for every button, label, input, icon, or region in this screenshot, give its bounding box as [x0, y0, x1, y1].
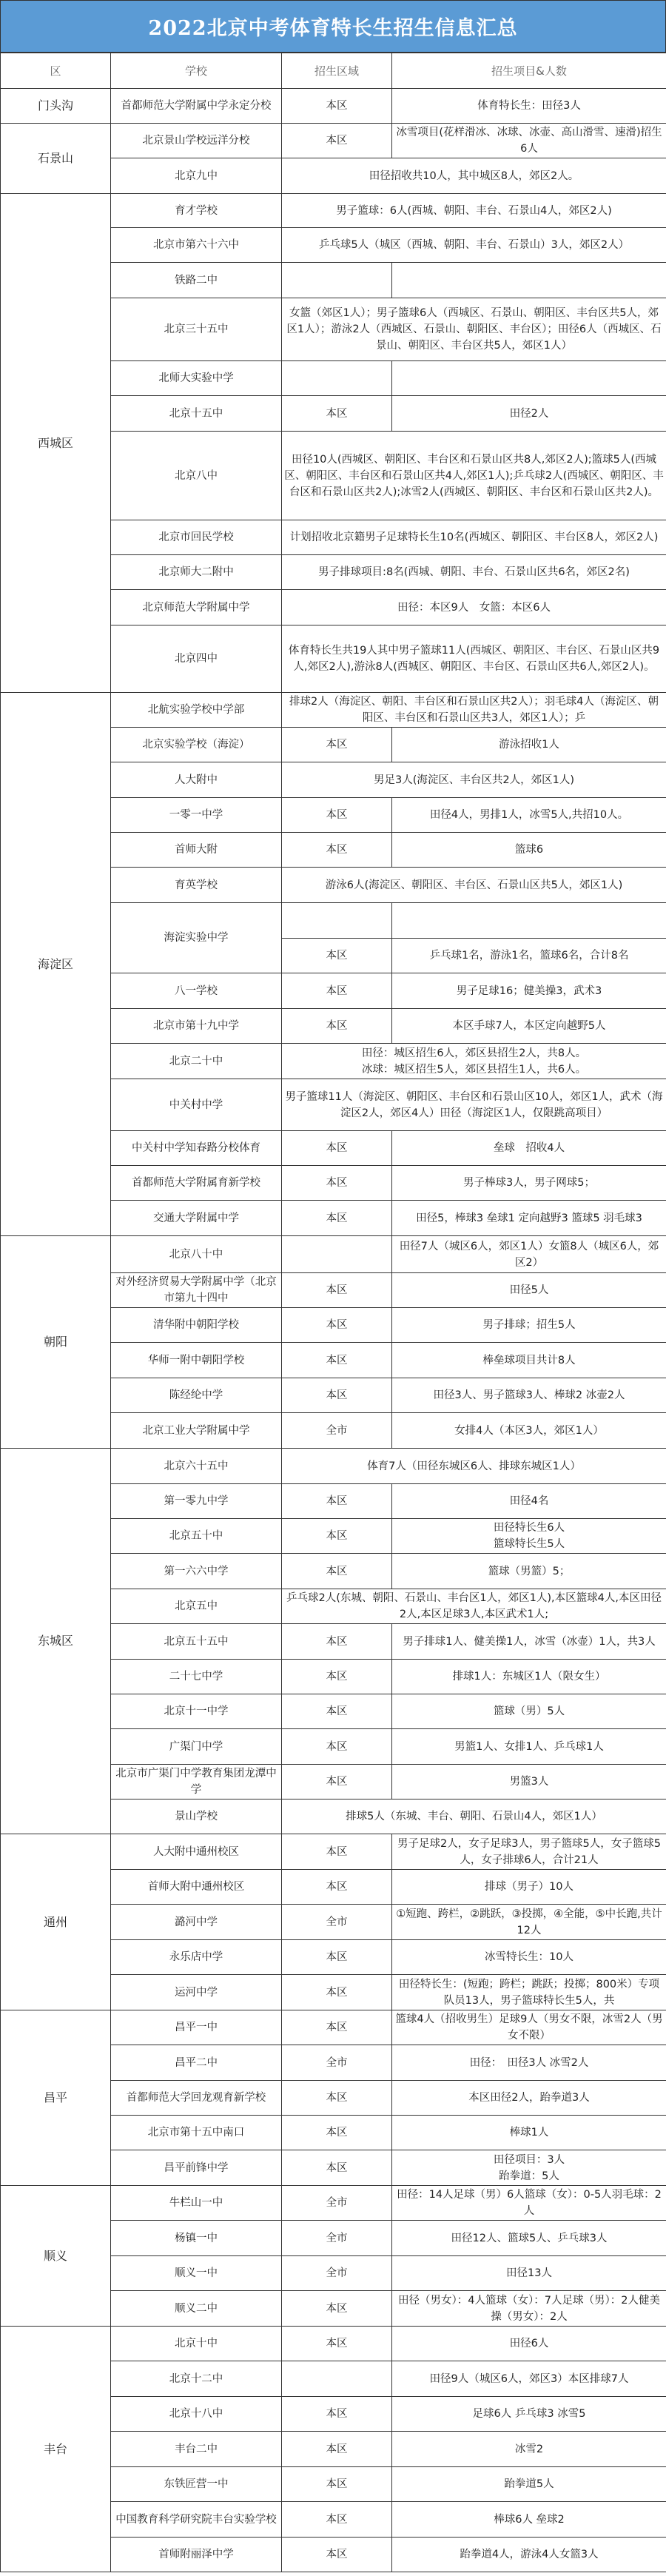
area-cell: 本区 — [282, 2467, 392, 2502]
school-cell: 中关村中学知春路分校体育 — [111, 1131, 282, 1166]
items-text: 男子足球2人，女子足球3人，男子篮球5人，女子篮球5人，女子排球6人，合计21人 — [394, 1836, 664, 1868]
district-cell: 门头沟 — [1, 89, 111, 124]
items-cell — [392, 361, 666, 396]
header-area: 招生区域 — [282, 53, 392, 89]
items-cell: 棒球6人 垒球2 — [392, 2502, 666, 2538]
area-cell: 本区 — [282, 2502, 392, 2538]
items-cell: 篮球（男篮）5； — [392, 1554, 666, 1589]
items-text: 垒球 招收4人 — [394, 1140, 664, 1156]
school-cell: 对外经济贸易大学附属中学（北京市第九十四中 — [111, 1273, 282, 1308]
area-cell: 本区 — [282, 798, 392, 833]
school-cell: 北京十二中 — [111, 2361, 282, 2397]
items-text: 体育特长生：田径3人 — [394, 98, 664, 114]
items-cell: 篮球（男）5人 — [392, 1694, 666, 1729]
school-cell: 陈经纶中学 — [111, 1378, 282, 1413]
items-text: 田径9人（城区6人，郊区3）本区排球7人 — [394, 2371, 664, 2387]
items-text: 跆拳道5人 — [394, 2476, 664, 2492]
items-cell: 乒乓球1名，游泳1名，篮球6名，合计8名 — [392, 938, 666, 973]
school-cell: 北京四中 — [111, 625, 282, 693]
school-cell: 中国教育科学研究院丰台实验学校 — [111, 2502, 282, 2538]
district-cell: 西城区 — [1, 194, 111, 693]
items-text: 田径5，棒球3 垒球1 定向越野3 篮球5 羽毛球3 — [394, 1210, 664, 1227]
items-text: 男子排球1人、健美操1人，冰雪（冰壶）1人，共3人 — [394, 1634, 664, 1650]
area-cell: 本区 — [282, 1694, 392, 1729]
area-cell — [282, 2361, 392, 2397]
area-cell: 本区 — [282, 2397, 392, 2432]
area-cell: 本区 — [282, 2538, 392, 2572]
school-cell: 北京实验学校（海淀） — [111, 728, 282, 762]
items-text: 男篮3人 — [394, 1774, 664, 1790]
area-cell: 本区 — [282, 1940, 392, 1975]
items-text: 计划招收北京籍男子足球特长生10名(西城区、朝阳区、丰台区8人，郊区2人) — [284, 529, 664, 546]
school-cell: 北京六十五中 — [111, 1449, 282, 1484]
items-text: 篮球（男篮）5； — [394, 1563, 664, 1580]
items-cell: 计划招收北京籍男子足球特长生10名(西城区、朝阳区、丰台区8人，郊区2人) — [282, 520, 666, 555]
items-cell — [392, 903, 666, 939]
items-cell: 男子排球1人、健美操1人，冰雪（冰壶）1人，共3人 — [392, 1624, 666, 1660]
area-cell: 本区 — [282, 124, 392, 158]
school-cell: 二十七中学 — [111, 1660, 282, 1694]
items-cell: 跆拳道5人 — [392, 2467, 666, 2502]
school-cell: 北京市第六十六中 — [111, 228, 282, 263]
school-cell: 运河中学 — [111, 1975, 282, 2010]
items-text: 田径2人 — [394, 406, 664, 422]
school-cell: 昌平二中 — [111, 2045, 282, 2081]
district-cell: 朝阳 — [1, 1236, 111, 1449]
area-cell: 本区 — [282, 1273, 392, 1308]
school-cell: 北京师范大学附属中学 — [111, 590, 282, 625]
school-cell: 北京八十中 — [111, 1236, 282, 1273]
items-cell: 男足3人(海淀区、丰台区共2人，郊区1人) — [282, 762, 666, 798]
items-text: 田径12人、篮球5人、乒乓球3人 — [394, 2230, 664, 2247]
items-cell: 棒垒球项目共计8人 — [392, 1343, 666, 1378]
items-cell: 田径：本区9人 女篮：本区6人 — [282, 590, 666, 625]
items-text: 冰雪特长生：10人 — [394, 1949, 664, 1965]
items-cell: 排球1人：东城区1人（限女生） — [392, 1660, 666, 1694]
items-text: 田径：14人足球（男）6人篮球（女）：0-5人羽毛球：2人 — [394, 2187, 664, 2219]
school-cell: 第一六六中学 — [111, 1554, 282, 1589]
items-text: 田径13人 — [394, 2265, 664, 2281]
school-cell: 北京九中 — [111, 158, 282, 194]
school-cell: 人大附中 — [111, 762, 282, 798]
items-text: 游泳招收1人 — [394, 737, 664, 753]
items-text: 排球5人（东城、丰台、朝阳、石景山4人，郊区1人） — [284, 1808, 664, 1825]
table-row: 顺义牛栏山一中全市田径：14人足球（男）6人篮球（女）：0-5人羽毛球：2人 — [1, 2186, 666, 2221]
school-cell: 育才学校 — [111, 194, 282, 228]
items-text: 田径5人 — [394, 1282, 664, 1298]
school-cell: 北京三十五中 — [111, 298, 282, 361]
items-cell: 田径13人 — [392, 2256, 666, 2291]
school-cell: 首师大附中通州校区 — [111, 1870, 282, 1905]
school-cell: 潞河中学 — [111, 1905, 282, 1940]
items-cell: 田径： 田径3人 冰雪2人 — [392, 2045, 666, 2081]
school-cell: 北京十一中学 — [111, 1694, 282, 1729]
table-row: 丰台北京十中本区田径6人 — [1, 2327, 666, 2361]
area-cell: 本区 — [282, 2010, 392, 2045]
school-cell: 北京市广渠门中学教育集团龙潭中学 — [111, 1765, 282, 1799]
area-cell: 本区 — [282, 89, 392, 124]
items-cell: 冰雪项目(花样滑冰、冰球、冰壶、高山滑雪、速滑)招生6人 — [392, 124, 666, 158]
items-cell: 篮球4人（招收男生）足球9人（男女不限，冰雪2人（男女不限） — [392, 2010, 666, 2045]
items-text: 男足3人(海淀区、丰台区共2人，郊区1人) — [284, 772, 664, 788]
district-cell: 顺义 — [1, 2186, 111, 2327]
table-row: 海淀区北航实验学校中学部排球2人（海淀区、朝阳、丰台区和石景山区共2人）；羽毛球… — [1, 693, 666, 728]
items-cell: 田径4人，男排1人，冰雪5人,共招10人。 — [392, 798, 666, 833]
school-cell: 中关村中学 — [111, 1079, 282, 1131]
area-cell: 本区 — [282, 1343, 392, 1378]
area-cell: 本区 — [282, 1308, 392, 1343]
items-text: 乒乓球1名，游泳1名，篮球6名，合计8名 — [394, 947, 664, 964]
items-cell: 冰雪特长生：10人 — [392, 1940, 666, 1975]
school-cell: 首师大附 — [111, 833, 282, 868]
items-text: 篮球4人（招收男生）足球9人（男女不限，冰雪2人（男女不限） — [394, 2011, 664, 2044]
school-cell: 顺义一中 — [111, 2256, 282, 2291]
items-text-line2: 篮球特长生5人 — [394, 1536, 664, 1552]
table-header-row: 区 学校 招生区域 招生项目&人数 — [1, 53, 666, 89]
items-text: 田径7人（城区6人，郊区1人）女篮8人（城区6人，郊区2） — [394, 1238, 664, 1271]
items-cell: 排球5人（东城、丰台、朝阳、石景山4人，郊区1人） — [282, 1799, 666, 1834]
table-row: 东城区北京六十五中体育7人（田径东城区6人、排球东城区1人） — [1, 1449, 666, 1484]
area-cell — [282, 361, 392, 396]
school-cell: 华师一附中朝阳学校 — [111, 1343, 282, 1378]
area-cell: 本区 — [282, 1166, 392, 1201]
items-cell: 体育7人（田径东城区6人、排球东城区1人） — [282, 1449, 666, 1484]
school-cell: 永乐店中学 — [111, 1940, 282, 1975]
area-cell: 本区 — [282, 396, 392, 432]
area-cell: 全市 — [282, 1905, 392, 1940]
items-cell: 篮球6 — [392, 833, 666, 868]
items-text: 冰雪项目(花样滑冰、冰球、冰壶、高山滑雪、速滑)招生6人 — [394, 124, 664, 157]
items-text: 排球1人：东城区1人（限女生） — [394, 1668, 664, 1685]
items-cell: 田径5人 — [392, 1273, 666, 1308]
school-cell: 北京十八中 — [111, 2397, 282, 2432]
items-text: 乒乓球5人（城区（西城、朝阳、丰台、石景山）3人，郊区2人） — [284, 237, 664, 253]
items-text: 游泳6人(海淀区、朝阳区、丰台区、石景山区共5人，郊区1人) — [284, 877, 664, 893]
school-cell: 首都师范大学附属中学永定分校 — [111, 89, 282, 124]
area-cell: 本区 — [282, 2432, 392, 2467]
district-cell: 昌平 — [1, 2010, 111, 2186]
school-cell: 第一零九中学 — [111, 1484, 282, 1519]
items-text: 棒球6人 垒球2 — [394, 2512, 664, 2528]
items-cell: 田径2人 — [392, 396, 666, 432]
school-cell: 昌平前锋中学 — [111, 2150, 282, 2186]
items-text: 男子排球；招生5人 — [394, 1317, 664, 1333]
school-cell: 昌平一中 — [111, 2010, 282, 2045]
items-text: 乒乓球2人(东城、朝阳、石景山、丰台区1人，郊区1人),本区篮球4人,本区田径2… — [284, 1590, 664, 1623]
items-text: 篮球（男）5人 — [394, 1703, 664, 1720]
items-text: 田径4人，男排1人，冰雪5人,共招10人。 — [394, 807, 664, 823]
items-cell: 田径特长生：(短跑；跨栏；跳跃；投掷；800米）专项队员13人，男子篮球特长生5… — [392, 1975, 666, 2010]
items-cell: 男子排球项目:8名(西城、朝阳、丰台、石景山区共6名，郊区2名) — [282, 555, 666, 590]
items-cell: 田径12人、篮球5人、乒乓球3人 — [392, 2221, 666, 2256]
school-cell: 海淀实验中学 — [111, 903, 282, 973]
items-cell: 本区手球7人，本区定向越野5人 — [392, 1009, 666, 1044]
school-cell: 首都师范大学附属育新学校 — [111, 1166, 282, 1201]
table-row: 朝阳北京八十中田径7人（城区6人，郊区1人）女篮8人（城区6人，郊区2） — [1, 1236, 666, 1273]
items-cell: 男子足球16；健美操3，武术3 — [392, 973, 666, 1009]
items-text: 男子排球项目:8名(西城、朝阳、丰台、石景山区共6名，郊区2名) — [284, 564, 664, 580]
items-cell: 乒乓球2人(东城、朝阳、石景山、丰台区1人，郊区1人),本区篮球4人,本区田径2… — [282, 1589, 666, 1624]
area-cell: 全市 — [282, 1413, 392, 1449]
area-cell: 本区 — [282, 1975, 392, 2010]
items-text: 冰雪2 — [394, 2441, 664, 2458]
items-cell: 男篮1人、女排1人、乒乓球1人 — [392, 1729, 666, 1765]
items-cell: 田径6人 — [392, 2327, 666, 2361]
items-cell: 田径10人(西城区、朝阳区、丰台区和石景山区共8人,郊区2人);篮球5人(西城区… — [282, 432, 666, 520]
items-cell: 冰雪2 — [392, 2432, 666, 2467]
items-text: 田径项目：3人 — [394, 2152, 664, 2168]
school-cell: 北京五十中 — [111, 1519, 282, 1554]
items-cell: 田径：14人足球（男）6人篮球（女）：0-5人羽毛球：2人 — [392, 2186, 666, 2221]
items-text: 男子篮球11人（海淀区、朝阳区、丰台区和石景山区10人，郊区1人，武术（海淀区2… — [284, 1089, 664, 1121]
items-text: 排球（男子）10人 — [394, 1879, 664, 1895]
items-cell: 游泳6人(海淀区、朝阳区、丰台区、石景山区共5人，郊区1人) — [282, 868, 666, 903]
items-cell: 女排4人（本区3人，郊区1人） — [392, 1413, 666, 1449]
area-cell: 全市 — [282, 2256, 392, 2291]
area-cell: 本区 — [282, 1009, 392, 1044]
school-cell: 丰台二中 — [111, 2432, 282, 2467]
items-text: 田径4名 — [394, 1493, 664, 1509]
items-text: 足球6人 乒乓球3 冰雪5 — [394, 2406, 664, 2422]
page-title: 2022北京中考体育特长生招生信息汇总 — [0, 0, 666, 53]
items-text: 本区田径2人，跆拳道3人 — [394, 2090, 664, 2106]
items-text: 跆拳道4人，游泳4人女篮3人 — [394, 2546, 664, 2563]
items-cell: 足球6人 乒乓球3 冰雪5 — [392, 2397, 666, 2432]
school-cell: 清华附中朝阳学校 — [111, 1308, 282, 1343]
area-cell — [282, 903, 392, 939]
school-cell: 顺义二中 — [111, 2291, 282, 2327]
items-text: 田径特长生6人 — [394, 1520, 664, 1536]
items-cell: 跆拳道4人，游泳4人女篮3人 — [392, 2538, 666, 2572]
area-cell: 全市 — [282, 2186, 392, 2221]
items-cell: 田径9人（城区6人，郊区3）本区排球7人 — [392, 2361, 666, 2397]
school-cell: 交通大学附属中学 — [111, 1201, 282, 1236]
school-cell: 北京八中 — [111, 432, 282, 520]
school-cell: 北航实验学校中学部 — [111, 693, 282, 728]
area-cell: 全市 — [282, 2045, 392, 2081]
enrollment-table: 区 学校 招生区域 招生项目&人数 门头沟首都师范大学附属中学永定分校本区体育特… — [0, 53, 666, 2572]
school-cell: 一零一中学 — [111, 798, 282, 833]
items-text: 男子足球16；健美操3，武术3 — [394, 983, 664, 999]
items-cell: 田径4名 — [392, 1484, 666, 1519]
items-cell: 田径7人（城区6人，郊区1人）女篮8人（城区6人，郊区2） — [392, 1236, 666, 1273]
items-text: 田径： 田径3人 冰雪2人 — [394, 2055, 664, 2071]
school-cell: 牛栏山一中 — [111, 2186, 282, 2221]
items-text: 田径特长生：(短跑；跨栏；跳跃；投掷；800米）专项队员13人，男子篮球特长生5… — [394, 1976, 664, 2009]
area-cell — [282, 1236, 392, 1273]
area-cell: 本区 — [282, 938, 392, 973]
items-text-line2: 冰球：城区招生5人，郊区县招生1人，共6人。 — [284, 1061, 664, 1078]
items-cell: 女篮（郊区1人）；男子篮球6人（西城区、石景山、朝阳区、丰台区共5人，郊区1人）… — [282, 298, 666, 361]
school-cell: 北京十中 — [111, 2327, 282, 2361]
area-cell: 本区 — [282, 728, 392, 762]
items-text: 男子篮球：6人(西城、朝阳、丰台、石景山4人，郊区2人) — [284, 203, 664, 219]
items-cell: 男篮3人 — [392, 1765, 666, 1799]
items-cell: 体育特长生：田径3人 — [392, 89, 666, 124]
items-cell: 田径：城区招生6人，郊区县招生2人，共8人。冰球：城区招生5人，郊区县招生1人，… — [282, 1044, 666, 1079]
school-cell: 北京师大二附中 — [111, 555, 282, 590]
items-cell: ①短跑、跨栏，②跳跃，③投掷，④全能，⑤中长跑,共计12人 — [392, 1905, 666, 1940]
area-cell: 本区 — [282, 2150, 392, 2186]
area-cell: 本区 — [282, 1519, 392, 1554]
items-cell: 体育特长生共19人其中男子篮球11人(西城区、朝阳区、丰台区、石景山区共9人,郊… — [282, 625, 666, 693]
school-cell: 铁路二中 — [111, 263, 282, 298]
items-text: 棒垒球项目共计8人 — [394, 1352, 664, 1369]
items-text: 男篮1人、女排1人、乒乓球1人 — [394, 1739, 664, 1755]
school-cell: 首师附丽泽中学 — [111, 2538, 282, 2572]
items-text-line2: 跆拳道：5人 — [394, 2168, 664, 2184]
items-cell: 男子篮球：6人(西城、朝阳、丰台、石景山4人，郊区2人) — [282, 194, 666, 228]
school-cell: 人大附中通州校区 — [111, 1834, 282, 1870]
area-cell: 本区 — [282, 2116, 392, 2150]
district-cell: 海淀区 — [1, 693, 111, 1236]
items-cell: 排球2人（海淀区、朝阳、丰台区和石景山区共2人）；羽毛球4人（海淀区、朝阳区、丰… — [282, 693, 666, 728]
area-cell: 本区 — [282, 1484, 392, 1519]
school-cell: 八一学校 — [111, 973, 282, 1009]
items-text: 体育特长生共19人其中男子篮球11人(西城区、朝阳区、丰台区、石景山区共9人,郊… — [284, 643, 664, 675]
school-cell: 北京市第十九中学 — [111, 1009, 282, 1044]
area-cell: 本区 — [282, 1834, 392, 1870]
area-cell: 本区 — [282, 1554, 392, 1589]
area-cell: 本区 — [282, 2327, 392, 2361]
items-cell: 乒乓球5人（城区（西城、朝阳、丰台、石景山）3人，郊区2人） — [282, 228, 666, 263]
items-text: 田径10人(西城区、朝阳区、丰台区和石景山区共8人,郊区2人);篮球5人(西城区… — [284, 452, 664, 500]
school-cell: 北师大实验中学 — [111, 361, 282, 396]
area-cell: 本区 — [282, 2291, 392, 2327]
items-text: 田径（男女）：4人篮球（女）：7人足球（男）：2人健美操（男女）：2人 — [394, 2292, 664, 2325]
area-cell: 本区 — [282, 1729, 392, 1765]
school-cell: 北京五十五中 — [111, 1624, 282, 1660]
items-cell: 本区田径2人，跆拳道3人 — [392, 2081, 666, 2116]
school-cell: 北京市回民学校 — [111, 520, 282, 555]
school-cell: 北京景山学校远洋分校 — [111, 124, 282, 158]
items-cell: 田径特长生6人篮球特长生5人 — [392, 1519, 666, 1554]
area-cell: 本区 — [282, 1765, 392, 1799]
school-cell: 北京市第十五中南口 — [111, 2116, 282, 2150]
items-text: 棒球1人 — [394, 2124, 664, 2141]
items-cell: 垒球 招收4人 — [392, 1131, 666, 1166]
table-row: 门头沟首都师范大学附属中学永定分校本区体育特长生：田径3人 — [1, 89, 666, 124]
items-text: 本区手球7人，本区定向越野5人 — [394, 1018, 664, 1034]
items-cell: 男子排球；招生5人 — [392, 1308, 666, 1343]
items-text: 男子棒球3人，男子网球5； — [394, 1175, 664, 1191]
district-cell: 通州 — [1, 1834, 111, 2010]
items-cell: 田径3人、男子篮球3人、棒球2 冰壶2人 — [392, 1378, 666, 1413]
district-cell: 石景山 — [1, 124, 111, 194]
table-row: 昌平昌平一中本区篮球4人（招收男生）足球9人（男女不限，冰雪2人（男女不限） — [1, 2010, 666, 2045]
items-text: 田径6人 — [394, 2335, 664, 2352]
items-cell — [392, 263, 666, 298]
area-cell: 全市 — [282, 2221, 392, 2256]
school-cell: 东铁匠营一中 — [111, 2467, 282, 2502]
items-text: ①短跑、跨栏，②跳跃，③投掷，④全能，⑤中长跑,共计12人 — [394, 1906, 664, 1939]
area-cell: 本区 — [282, 1624, 392, 1660]
items-cell: 田径项目：3人跆拳道：5人 — [392, 2150, 666, 2186]
items-text: 田径3人、男子篮球3人、棒球2 冰壶2人 — [394, 1387, 664, 1403]
items-text: 体育7人（田径东城区6人、排球东城区1人） — [284, 1458, 664, 1475]
area-cell: 本区 — [282, 1201, 392, 1236]
school-cell: 杨镇一中 — [111, 2221, 282, 2256]
items-text: 田径：城区招生6人，郊区县招生2人，共8人。 — [284, 1045, 664, 1061]
items-text: 田径招收共10人，其中城区8人，郊区2人。 — [284, 168, 664, 184]
items-text: 女排4人（本区3人，郊区1人） — [394, 1423, 664, 1439]
items-cell: 田径（男女）：4人篮球（女）：7人足球（男）：2人健美操（男女）：2人 — [392, 2291, 666, 2327]
items-cell: 排球（男子）10人 — [392, 1870, 666, 1905]
items-text: 篮球6 — [394, 842, 664, 858]
table-row: 西城区育才学校男子篮球：6人(西城、朝阳、丰台、石景山4人，郊区2人) — [1, 194, 666, 228]
school-cell: 北京十五中 — [111, 396, 282, 432]
items-text: 排球2人（海淀区、朝阳、丰台区和石景山区共2人）；羽毛球4人（海淀区、朝阳区、丰… — [284, 694, 664, 726]
table-row: 石景山北京景山学校远洋分校本区冰雪项目(花样滑冰、冰球、冰壶、高山滑雪、速滑)招… — [1, 124, 666, 158]
table-row: 通州人大附中通州校区本区男子足球2人，女子足球3人，男子篮球5人，女子篮球5人，… — [1, 1834, 666, 1870]
area-cell: 本区 — [282, 973, 392, 1009]
items-cell: 男子棒球3人，男子网球5； — [392, 1166, 666, 1201]
items-text: 女篮（郊区1人）；男子篮球6人（西城区、石景山、朝阳区、丰台区共5人，郊区1人）… — [284, 305, 664, 354]
school-cell: 北京五中 — [111, 1589, 282, 1624]
area-cell: 本区 — [282, 1660, 392, 1694]
items-cell: 男子篮球11人（海淀区、朝阳区、丰台区和石景山区10人，郊区1人，武术（海淀区2… — [282, 1079, 666, 1131]
school-cell: 景山学校 — [111, 1799, 282, 1834]
area-cell: 本区 — [282, 2081, 392, 2116]
items-cell: 田径5，棒球3 垒球1 定向越野3 篮球5 羽毛球3 — [392, 1201, 666, 1236]
items-cell: 游泳招收1人 — [392, 728, 666, 762]
area-cell: 本区 — [282, 1131, 392, 1166]
area-cell — [282, 263, 392, 298]
items-cell: 男子足球2人，女子足球3人，男子篮球5人，女子篮球5人，女子排球6人，合计21人 — [392, 1834, 666, 1870]
area-cell: 本区 — [282, 833, 392, 868]
school-cell: 北京二十中 — [111, 1044, 282, 1079]
header-items: 招生项目&人数 — [392, 53, 666, 89]
school-cell: 北京工业大学附属中学 — [111, 1413, 282, 1449]
items-cell: 田径招收共10人，其中城区8人，郊区2人。 — [282, 158, 666, 194]
school-cell: 广渠门中学 — [111, 1729, 282, 1765]
items-text: 田径：本区9人 女篮：本区6人 — [284, 600, 664, 616]
district-cell: 丰台 — [1, 2327, 111, 2572]
header-school: 学校 — [111, 53, 282, 89]
area-cell: 本区 — [282, 1378, 392, 1413]
school-cell: 首都师范大学回龙观育新学校 — [111, 2081, 282, 2116]
area-cell: 本区 — [282, 1870, 392, 1905]
header-district: 区 — [1, 53, 111, 89]
school-cell: 育英学校 — [111, 868, 282, 903]
district-cell: 东城区 — [1, 1449, 111, 1834]
items-cell: 棒球1人 — [392, 2116, 666, 2150]
